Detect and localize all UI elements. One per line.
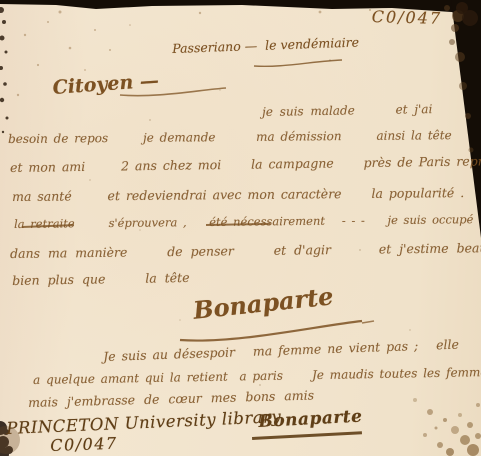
body-line: ma santé et redeviendrai avec mon caract… — [12, 186, 481, 204]
body-line: dans ma manière de penser et d'agir et j… — [10, 241, 481, 261]
catalog-code-bottom: C0/047 — [50, 435, 118, 455]
greeting-flourish — [118, 86, 228, 98]
body-line: je suis malade et j'ai — [262, 103, 432, 119]
dateline-underline-flourish — [252, 58, 344, 68]
body-line: bien plus que la tête — [12, 271, 190, 288]
postscript-line: a quelque amant qui la retient a paris J… — [33, 366, 481, 387]
body-line: la retraite s'éprouvera , été nécessaire… — [14, 213, 473, 230]
manuscript-page: C0/047 Passeriano — le vendémiaire Citoy… — [0, 0, 481, 456]
body-line: besoin de repos je demande ma démission … — [8, 129, 452, 146]
library-stamp: PRINCETON University library — [6, 408, 282, 438]
body-line: et mon ami 2 ans chez moi la campagne pr… — [10, 154, 481, 175]
stamp-signature-underline — [252, 431, 362, 439]
stamp-signature-label: Bonaparte — [258, 408, 363, 432]
catalog-code-top: C0/047 — [372, 8, 443, 27]
scan-edge-right — [451, 0, 481, 238]
letter-dateline: Passeriano — le vendémiaire — [172, 35, 359, 55]
